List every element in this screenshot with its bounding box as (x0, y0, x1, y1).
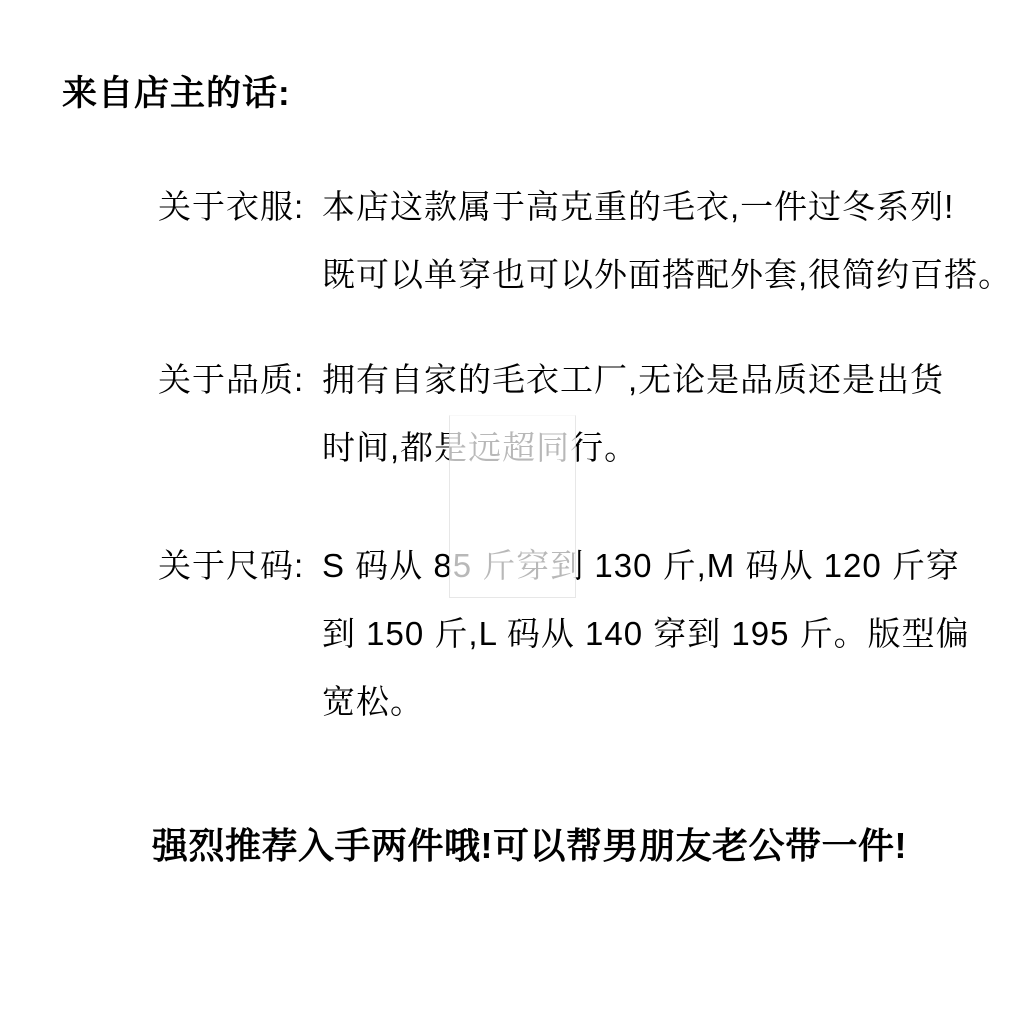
section-content-sizing: S 码从 85 斤穿到 130 斤,M 码从 120 斤穿 到 150 斤,L … (322, 532, 1020, 736)
section-label-quality: 关于品质: (158, 346, 304, 414)
section-label-clothing: 关于衣服: (158, 173, 304, 241)
section-content-clothing: 本店这款属于高克重的毛衣,一件过冬系列! 既可以单穿也可以外面搭配外套,很简约百… (322, 173, 1020, 309)
page-title: 来自店主的话: (62, 72, 291, 116)
footer-recommendation: 强烈推荐入手两件哦!可以帮男朋友老公带一件! (152, 823, 907, 869)
section-label-sizing: 关于尺码: (158, 532, 304, 600)
section-content-quality: 拥有自家的毛衣工厂,无论是品质还是出货 时间,都是远超同行。 (322, 346, 1020, 482)
shop-owner-note-page: 来自店主的话: 关于衣服: 本店这款属于高克重的毛衣,一件过冬系列! 既可以单穿… (0, 0, 1020, 1020)
